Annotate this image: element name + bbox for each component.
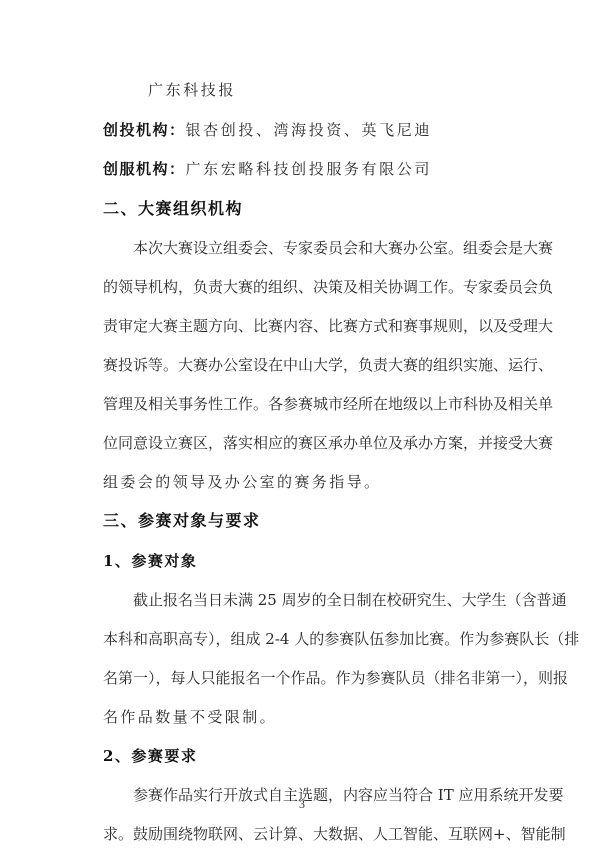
paragraph-line: 求。鼓励围绕物联网、云计算、大数据、人工智能、互联网+、智能制 [103, 824, 535, 844]
paragraph-line: 位同意设立赛区，落实相应的赛区承办单位及承办方案，并接受大赛 [103, 433, 535, 453]
section-heading-organization: 二、大赛组织机构 [103, 199, 535, 219]
investors-row: 创投机构：银杏创投、湾海投资、英飞尼迪 [103, 120, 535, 140]
paragraph-line: 管理及相关事务性工作。各参赛城市经所在地级以上市科协及相关单 [103, 394, 535, 414]
section-heading-participants: 三、参赛对象与要求 [103, 511, 535, 531]
subheading-participants: 1、参赛对象 [103, 551, 535, 571]
paragraph-line: 赛投诉等。大赛办公室设在中山大学，负责大赛的组织实施、运行、 [103, 355, 535, 375]
investors-label: 创投机构： [103, 121, 186, 139]
service-org-label: 创服机构： [103, 160, 186, 178]
investors-value: 银杏创投、湾海投资、英飞尼迪 [186, 121, 432, 139]
page-number: 3 [0, 797, 604, 812]
paragraph-line: 名第一），每人只能报名一个作品。作为参赛队员（排名非第一），则报 [103, 668, 535, 688]
document-page: 广东科技报 创投机构：银杏创投、湾海投资、英飞尼迪 创服机构：广东宏略科技创投服… [0, 0, 604, 857]
paragraph-line: 名作品数量不受限制。 [103, 707, 535, 727]
paragraph-line: 组委会的领导及办公室的赛务指导。 [103, 472, 535, 492]
paragraph-line: 截止报名当日未满 25 周岁的全日制在校研究生、大学生（含普通 [133, 590, 535, 610]
subheading-requirements: 2、参赛要求 [103, 746, 535, 766]
continuation-text: 广东科技报 [148, 80, 580, 100]
paragraph-line: 本次大赛设立组委会、专家委员会和大赛办公室。组委会是大赛 [133, 238, 535, 258]
service-org-row: 创服机构：广东宏略科技创投服务有限公司 [103, 159, 535, 179]
paragraph-line: 的领导机构，负责大赛的组织、决策及相关协调工作。专家委员会负 [103, 277, 535, 297]
service-org-value: 广东宏略科技创投服务有限公司 [186, 160, 432, 178]
paragraph-line: 本科和高职高专），组成 2-4 人的参赛队伍参加比赛。作为参赛队长（排 [103, 629, 535, 649]
paragraph-line: 责审定大赛主题方向、比赛内容、比赛方式和赛事规则，以及受理大 [103, 316, 535, 336]
